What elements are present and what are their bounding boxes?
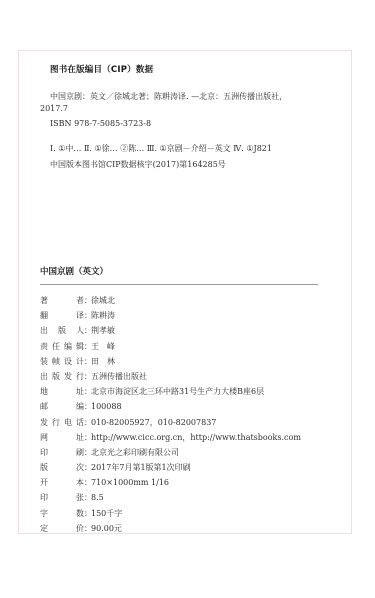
colophon-colon: ： [84,295,91,306]
colophon-row-website: 网 址：http://www.cicc.org.cn，http://www.th… [40,432,301,447]
colophon-colon: ： [84,310,91,321]
colophon-label: 网 址 [40,432,84,443]
colophon-label: 邮 编 [40,401,84,412]
colophon-value: 150千字 [91,508,122,519]
colophon-row-edition: 版 次：2017年7月第1版第1次印刷 [40,462,301,477]
colophon-row-address: 地 址：北京市海淀区北三环中路31号生产力大楼B座6层 [40,386,301,401]
colophon-value: 王 峰 [91,341,115,352]
cip-entry-line2: 2017.7 [40,103,68,114]
colophon-label: 责任编辑 [40,341,84,352]
colophon-row-printer: 印 刷：北京光之彩印刷有限公司 [40,447,301,462]
colophon-value-website: http://www.cicc.org.cn，http://www.thatsb… [91,432,301,443]
colophon-row-word-count: 字 数：150千字 [40,508,301,523]
colophon-label: 印 张 [40,492,84,503]
colophon-label: 开 本 [40,477,84,488]
colophon-colon: ： [84,401,91,412]
colophon-row-phone: 发行电话：010-82005927，010-82007837 [40,417,301,432]
colophon-label: 著 者 [40,295,84,306]
colophon-colon: ： [84,386,91,397]
colophon-row-author: 著 者：徐城北 [40,295,301,310]
colophon-row-sheets: 印 张：8.5 [40,492,301,507]
colophon-value: 8.5 [91,493,104,502]
cip-entry-line1: 中国京剧：英文／徐城北著；陈耕涛译. —北京：五洲传播出版社， [50,91,287,102]
colophon-label: 发行电话 [40,417,84,428]
colophon-value: 北京市海淀区北三环中路31号生产力大楼B座6层 [91,386,264,397]
colophon-colon: ： [84,462,91,473]
colophon-value: 荆孝敏 [91,325,115,336]
colophon-label: 翻 译 [40,310,84,321]
colophon-list: 著 者：徐城北 翻 译：陈耕涛 出 版 人：荆孝敏 责任编辑：王 峰 装帧设计：… [40,295,301,538]
colophon-colon: ： [84,371,91,382]
colophon-value: 徐城北 [91,295,115,306]
colophon-value: 田 林 [91,356,115,367]
colophon-colon: ： [84,508,91,519]
colophon-row-price: 定 价： 90.00元 [40,523,301,538]
colophon-colon: ： [84,356,91,367]
colophon-value: 北京光之彩印刷有限公司 [91,447,179,458]
colophon-value: 90.00元 [91,523,122,534]
colophon-value: 陈耕涛 [91,310,115,321]
colophon-colon: ： [84,417,91,428]
colophon-value: 2017年7月第1版第1次印刷 [91,462,191,473]
colophon-colon: ： [84,325,91,336]
colophon-value: 五洲传播出版社 [91,371,147,382]
colophon-row-distributor: 出版发行：五洲传播出版社 [40,371,301,386]
colophon-colon: ： [84,492,91,503]
colophon-colon: ： [84,477,91,488]
colophon-label: 印 刷 [40,447,84,458]
colophon-row-translator: 翻 译：陈耕涛 [40,310,301,325]
colophon-colon: ： [84,447,91,458]
colophon-colon: ： [84,341,91,352]
colophon-label: 定 价 [40,523,84,534]
colophon-colon: ： [84,523,91,534]
colophon-label: 出版发行 [40,371,84,382]
title-divider [40,284,318,285]
colophon-row-postcode: 邮 编：100088 [40,401,301,416]
cip-classification: Ⅰ. ①中… Ⅱ. ①徐… ②陈… Ⅲ. ①京剧－介绍－英文 Ⅳ. ①J821 [50,143,272,154]
colophon-label: 装帧设计 [40,356,84,367]
colophon-value: 100088 [91,402,122,411]
colophon-label: 地 址 [40,386,84,397]
colophon-value: 710×1000mm 1/16 [91,478,169,487]
colophon-row-publisher-person: 出 版 人：荆孝敏 [40,325,301,340]
colophon-label: 出 版 人 [40,325,84,336]
colophon-label: 版 次 [40,462,84,473]
colophon-row-editor: 责任编辑：王 峰 [40,341,301,356]
cip-heading: 图书在版编目（CIP）数据 [50,63,153,75]
colophon-row-format: 开 本：710×1000mm 1/16 [40,477,301,492]
book-title: 中国京剧（英文） [40,265,108,277]
cip-isbn: ISBN 978-7-5085-3723-8 [50,118,151,129]
colophon-value: 010-82005927，010-82007837 [91,417,216,428]
colophon-row-designer: 装帧设计：田 林 [40,356,301,371]
colophon-label: 字 数 [40,508,84,519]
colophon-colon: ： [84,432,91,443]
cip-number: 中国版本图书馆CIP数据核字(2017)第164285号 [50,159,226,170]
